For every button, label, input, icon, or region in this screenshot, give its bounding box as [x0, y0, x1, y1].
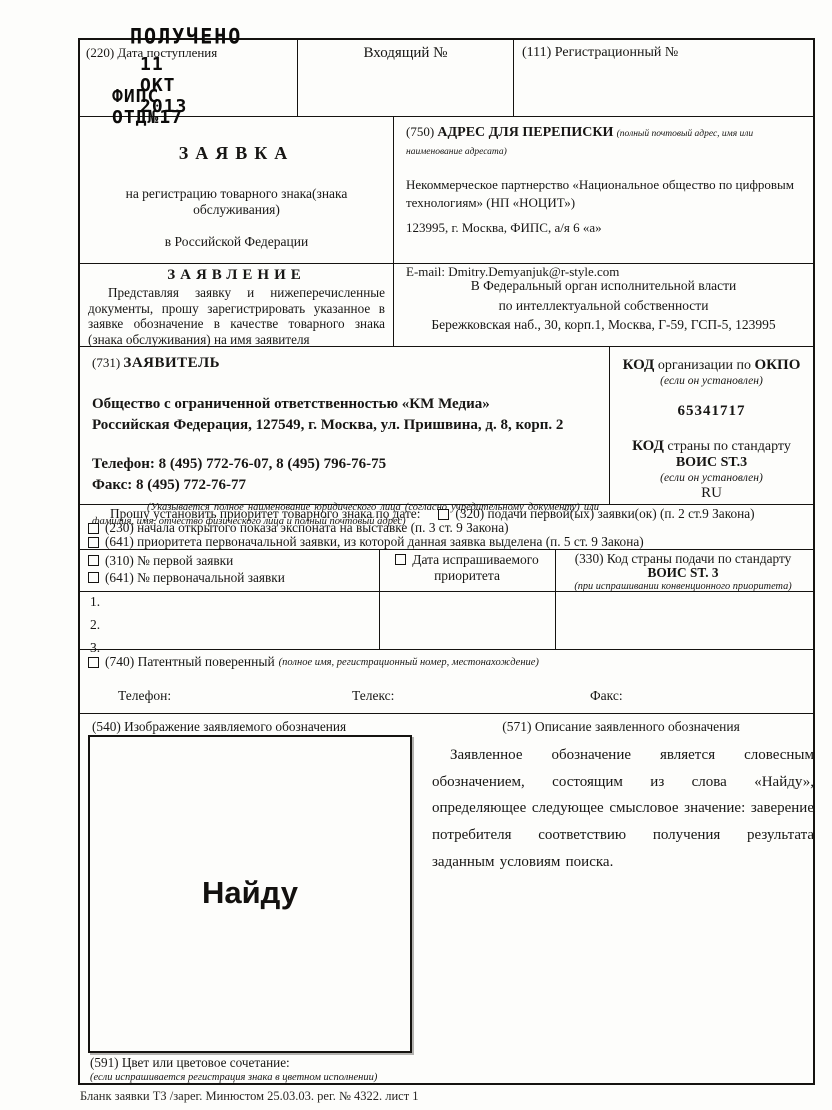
patent-attorney-note: (полное имя, регистрационный номер, мест…: [279, 657, 539, 668]
applicant-fax: Факс: 8 (495) 772-76-77: [92, 475, 599, 496]
priority-option-230: (230) начала открытого показа экспоната …: [105, 521, 509, 535]
authority-line-1: В Федеральный орган исполнительной власт…: [394, 276, 813, 296]
statement-body: Представляя заявку и нижеперечисленные д…: [88, 285, 385, 347]
applicant-cell: (731) ЗАЯВИТЕЛЬ Общество с ограниченной …: [80, 347, 610, 504]
correspondence-recipient: Некоммерческое партнерство «Национальное…: [406, 176, 803, 211]
codes-cell: КОД организации по ОКПО (если он установ…: [610, 347, 813, 504]
checkbox-priority-date[interactable]: [395, 554, 406, 565]
mark-description-label: (571) Описание заявленного обозначения: [430, 719, 812, 735]
mark-word: Найду: [90, 875, 410, 911]
incoming-number-cell: Входящий №: [298, 40, 514, 116]
form-footer: Бланк заявки ТЗ /зарег. Минюстом 25.03.0…: [80, 1089, 419, 1104]
okpo-code-note: (если он установлен): [610, 375, 813, 387]
country-code-title: КОД страны по стандарту: [610, 438, 813, 455]
mark-image-box: Найду: [88, 735, 412, 1053]
priority-options-row: Прошу установить приоритет товарного зна…: [80, 505, 813, 550]
country-code-value: RU: [610, 485, 813, 502]
correspondence-heading: (750) АДРЕС ДЛЯ ПЕРЕПИСКИ (полный почтов…: [406, 124, 803, 158]
priority-table: (310) № первой заявки (641) № первоначал…: [80, 550, 813, 650]
checkbox-230[interactable]: [88, 523, 99, 534]
application-subtitle-1: на регистрацию товарного знака(знака обс…: [88, 186, 385, 218]
mark-description-text: Заявленное обозначение является словесны…: [432, 742, 814, 875]
color-claim-note: (если испрашивается регистрация знака в …: [90, 1072, 377, 1083]
authority-cell: В Федеральный орган исполнительной власт…: [394, 264, 813, 346]
correspondence-title: АДРЕС ДЛЯ ПЕРЕПИСКИ: [437, 125, 613, 140]
patent-attorney-row: (740) Патентный поверенный (полное имя, …: [80, 650, 813, 714]
statement-cell: ЗАЯВЛЕНИЕ Представляя заявку и нижепереч…: [80, 264, 394, 346]
statement-title: ЗАЯВЛЕНИЕ: [88, 267, 385, 284]
priority-option-641: (641) приоритета первоначальной заявки, …: [105, 535, 644, 549]
okpo-code-title: КОД организации по ОКПО: [610, 357, 813, 374]
correspondence-address-cell: (750) АДРЕС ДЛЯ ПЕРЕПИСКИ (полный почтов…: [394, 117, 813, 263]
table-row: 1.: [90, 594, 100, 610]
stamp-department-text: ФИПС ОТД№17: [112, 86, 183, 128]
table-row: 2.: [90, 617, 100, 633]
statement-row: ЗАЯВЛЕНИЕ Представляя заявку и нижепереч…: [80, 264, 813, 347]
attorney-telex-label: Телекс:: [352, 688, 394, 704]
mark-image-label: (540) Изображение заявляемого обозначени…: [92, 719, 346, 735]
checkbox-641-number[interactable]: [88, 572, 99, 583]
header-row: (220) Дата поступления Входящий № (111) …: [80, 40, 813, 117]
country-code-standard: ВОИС ST.3: [610, 455, 813, 471]
authority-line-2: по интеллектуальной собственности: [394, 296, 813, 316]
applicant-row: (731) ЗАЯВИТЕЛЬ Общество с ограниченной …: [80, 347, 813, 505]
attorney-fax-label: Факс:: [590, 688, 623, 704]
checkbox-320[interactable]: [438, 509, 449, 520]
priority-option-320: (320) подачи первой(ых) заявки(ок) (п. 2…: [455, 507, 754, 521]
application-title-cell: ЗАЯВКА на регистрацию товарного знака(зн…: [80, 117, 394, 263]
scanned-trademark-application-page: (220) Дата поступления Входящий № (111) …: [0, 0, 832, 1110]
priority-intro: Прошу установить приоритет товарного зна…: [88, 507, 420, 521]
mark-row: (540) Изображение заявляемого обозначени…: [80, 714, 813, 1083]
applicant-name: Общество с ограниченной ответственностью…: [92, 394, 599, 415]
checkbox-740[interactable]: [88, 657, 99, 668]
registration-number-cell: (111) Регистрационный №: [514, 40, 813, 116]
applicant-address: Российская Федерация, 127549, г. Москва,…: [92, 415, 599, 436]
title-and-address-row: ЗАЯВКА на регистрацию товарного знака(зн…: [80, 117, 813, 264]
attorney-phone-label: Телефон:: [118, 688, 171, 704]
initial-application-number-label: (641) № первоначальной заявки: [88, 569, 373, 586]
stamp-received-text: ПОЛУЧЕНО: [130, 23, 242, 48]
applicant-label: ЗАЯВИТЕЛЬ: [123, 355, 220, 371]
country-code-note: (если он установлен): [610, 472, 813, 484]
color-claim-label: (591) Цвет или цветовое сочетание:: [90, 1055, 290, 1071]
filing-country-code-header: (330) Код страны подачи по стандарту ВОИ…: [555, 552, 811, 594]
applicant-phone: Телефон: 8 (495) 772-76-07, 8 (495) 796-…: [92, 454, 599, 475]
first-application-number-label: (310) № первой заявки: [88, 552, 373, 569]
registration-number-label: (111) Регистрационный №: [522, 45, 678, 60]
application-subtitle-2: в Российской Федерации: [88, 234, 385, 250]
checkbox-310[interactable]: [88, 555, 99, 566]
application-title: ЗАЯВКА: [88, 143, 385, 164]
form-frame: (220) Дата поступления Входящий № (111) …: [78, 38, 815, 1085]
authority-line-3: Бережковская наб., 30, корп.1, Москва, Г…: [394, 315, 813, 335]
okpo-code-value: 65341717: [610, 403, 813, 420]
incoming-number-label: Входящий №: [363, 45, 447, 61]
checkbox-641[interactable]: [88, 537, 99, 548]
applicant-code: (731): [92, 355, 120, 370]
requested-priority-date-header: Дата испрашиваемого приоритета: [379, 552, 555, 584]
correspondence-postal: 123995, г. Москва, ФИПС, а/я 6 «а»: [406, 219, 803, 237]
correspondence-code: (750): [406, 124, 434, 139]
patent-attorney-label: (740) Патентный поверенный: [105, 654, 275, 670]
